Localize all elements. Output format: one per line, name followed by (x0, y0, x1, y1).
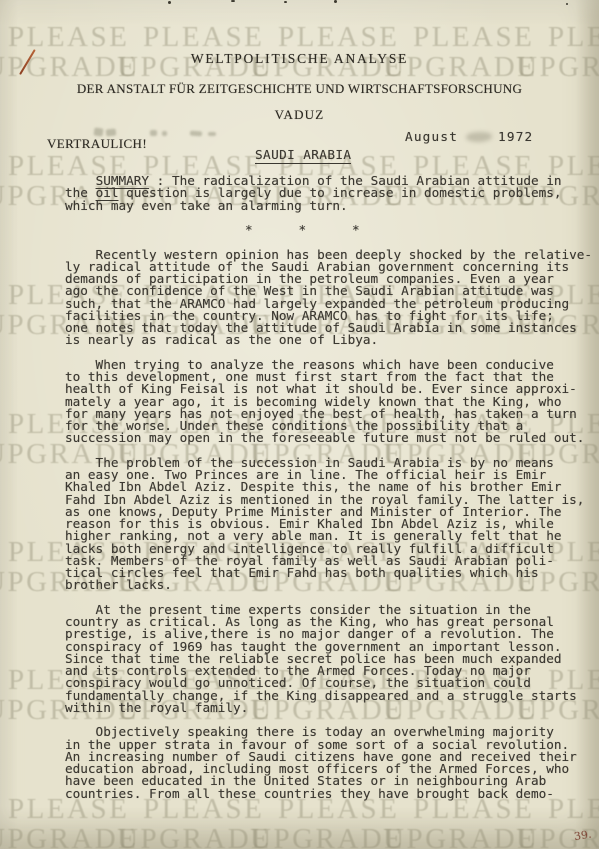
paragraph-4: At the present time experts consider the… (65, 604, 590, 714)
watermark-word: UPGRADE (250, 823, 404, 849)
scan-speck (334, 0, 337, 3)
watermark-word: PLEASE (8, 21, 129, 54)
org-location: VADUZ (0, 107, 599, 123)
summary-paragraph: SUMMARY : The radicalization of the Saud… (65, 175, 590, 212)
document-title: SAUDI ARABIA (255, 147, 351, 164)
faded-stamp-marks (92, 126, 232, 140)
scan-speck (566, 3, 568, 5)
watermark-word: PLEASE (143, 21, 264, 54)
paragraph-3: The problem of the succession in Saudi A… (65, 457, 590, 592)
asterisk-separator: * * * (65, 224, 590, 236)
paragraph-1: Recently western opinion has been deeply… (65, 249, 590, 347)
paragraph-5: Objectively speaking there is today an o… (65, 726, 590, 800)
date-year: 1972 (498, 129, 533, 144)
document-page: PLEASEPLEASEPLEASEPLEASEPLEASEUPGRADEUPG… (0, 0, 599, 849)
watermark-word: PLEASE (413, 21, 534, 54)
erased-date-smudge (466, 132, 492, 142)
watermark-word: PLEASE (278, 21, 399, 54)
watermark-word: PLEASE (548, 21, 599, 54)
scan-speck (231, 0, 235, 2)
page-number: 39. (573, 828, 592, 844)
scan-speck (284, 1, 287, 3)
watermark-word: UPGRADE (383, 823, 537, 849)
scan-speck (168, 1, 171, 4)
org-title-line1: WELTPOLITISCHE ANALYSE (0, 51, 599, 67)
watermark-word: UPGRADE (0, 823, 138, 849)
document-body: SUMMARY : The radicalization of the Saud… (65, 175, 590, 812)
watermark-word: UPGRADE (117, 823, 271, 849)
org-title-line2: DER ANSTALT FÜR ZEITGESCHICHTE UND WIRTS… (0, 81, 599, 97)
paragraph-2: When trying to analyze the reasons which… (65, 359, 590, 445)
date-month: August (405, 129, 458, 144)
date-line: August1972 (405, 129, 533, 144)
summary-text-2: question is largely due to increase in d… (65, 185, 562, 212)
